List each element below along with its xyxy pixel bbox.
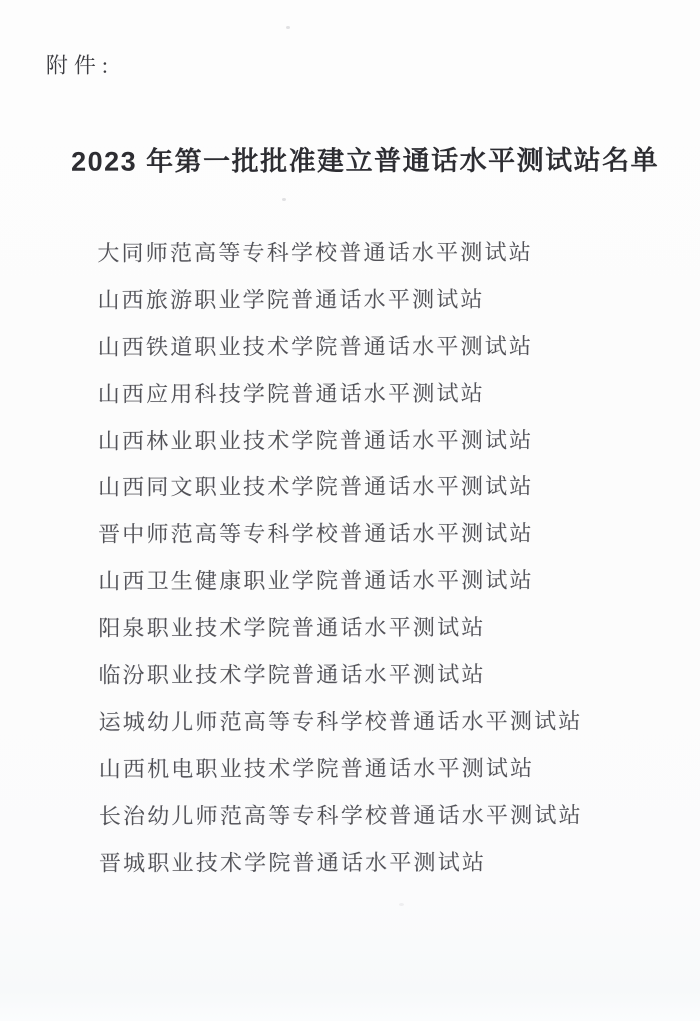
station-list-item: 长治幼儿师范高等专科学校普通话水平测试站 — [99, 790, 681, 838]
attachment-label: 附件: — [46, 49, 114, 80]
station-list-item: 大同师范高等专科学校普通话水平测试站 — [97, 227, 679, 275]
station-list-item: 山西同文职业技术学院普通话水平测试站 — [98, 462, 680, 510]
scan-noise-speck — [282, 198, 286, 201]
station-list-item: 山西林业职业技术学院普通话水平测试站 — [98, 415, 680, 463]
station-list-item: 山西旅游职业学院普通话水平测试站 — [97, 274, 679, 322]
document-title: 2023 年第一批批准建立普通话水平测试站名单 — [15, 138, 700, 179]
station-list-item: 晋城职业技术学院普通话水平测试站 — [99, 837, 681, 885]
scanned-document-page: 附件: 2023 年第一批批准建立普通话水平测试站名单 大同师范高等专科学校普通… — [0, 0, 700, 1021]
station-list-item: 山西铁道职业技术学院普通话水平测试站 — [98, 321, 680, 369]
station-list-item: 山西卫生健康职业学院普通话水平测试站 — [98, 555, 680, 603]
station-list-item: 山西机电职业技术学院普通话水平测试站 — [99, 743, 681, 791]
scan-noise-speck — [286, 26, 290, 29]
scan-noise-speck — [399, 903, 404, 906]
station-list-item: 晋中师范高等专科学校普通话水平测试站 — [98, 508, 680, 556]
document-content: 附件: 2023 年第一批批准建立普通话水平测试站名单 大同师范高等专科学校普通… — [0, 0, 700, 1021]
station-list-item: 阳泉职业技术学院普通话水平测试站 — [98, 602, 680, 650]
station-list-item: 山西应用科技学院普通话水平测试站 — [98, 368, 680, 416]
station-list-item: 运城幼儿师范高等专科学校普通话水平测试站 — [98, 696, 680, 744]
station-list: 大同师范高等专科学校普通话水平测试站 山西旅游职业学院普通话水平测试站 山西铁道… — [97, 227, 681, 885]
station-list-item: 临汾职业技术学院普通话水平测试站 — [98, 649, 680, 697]
